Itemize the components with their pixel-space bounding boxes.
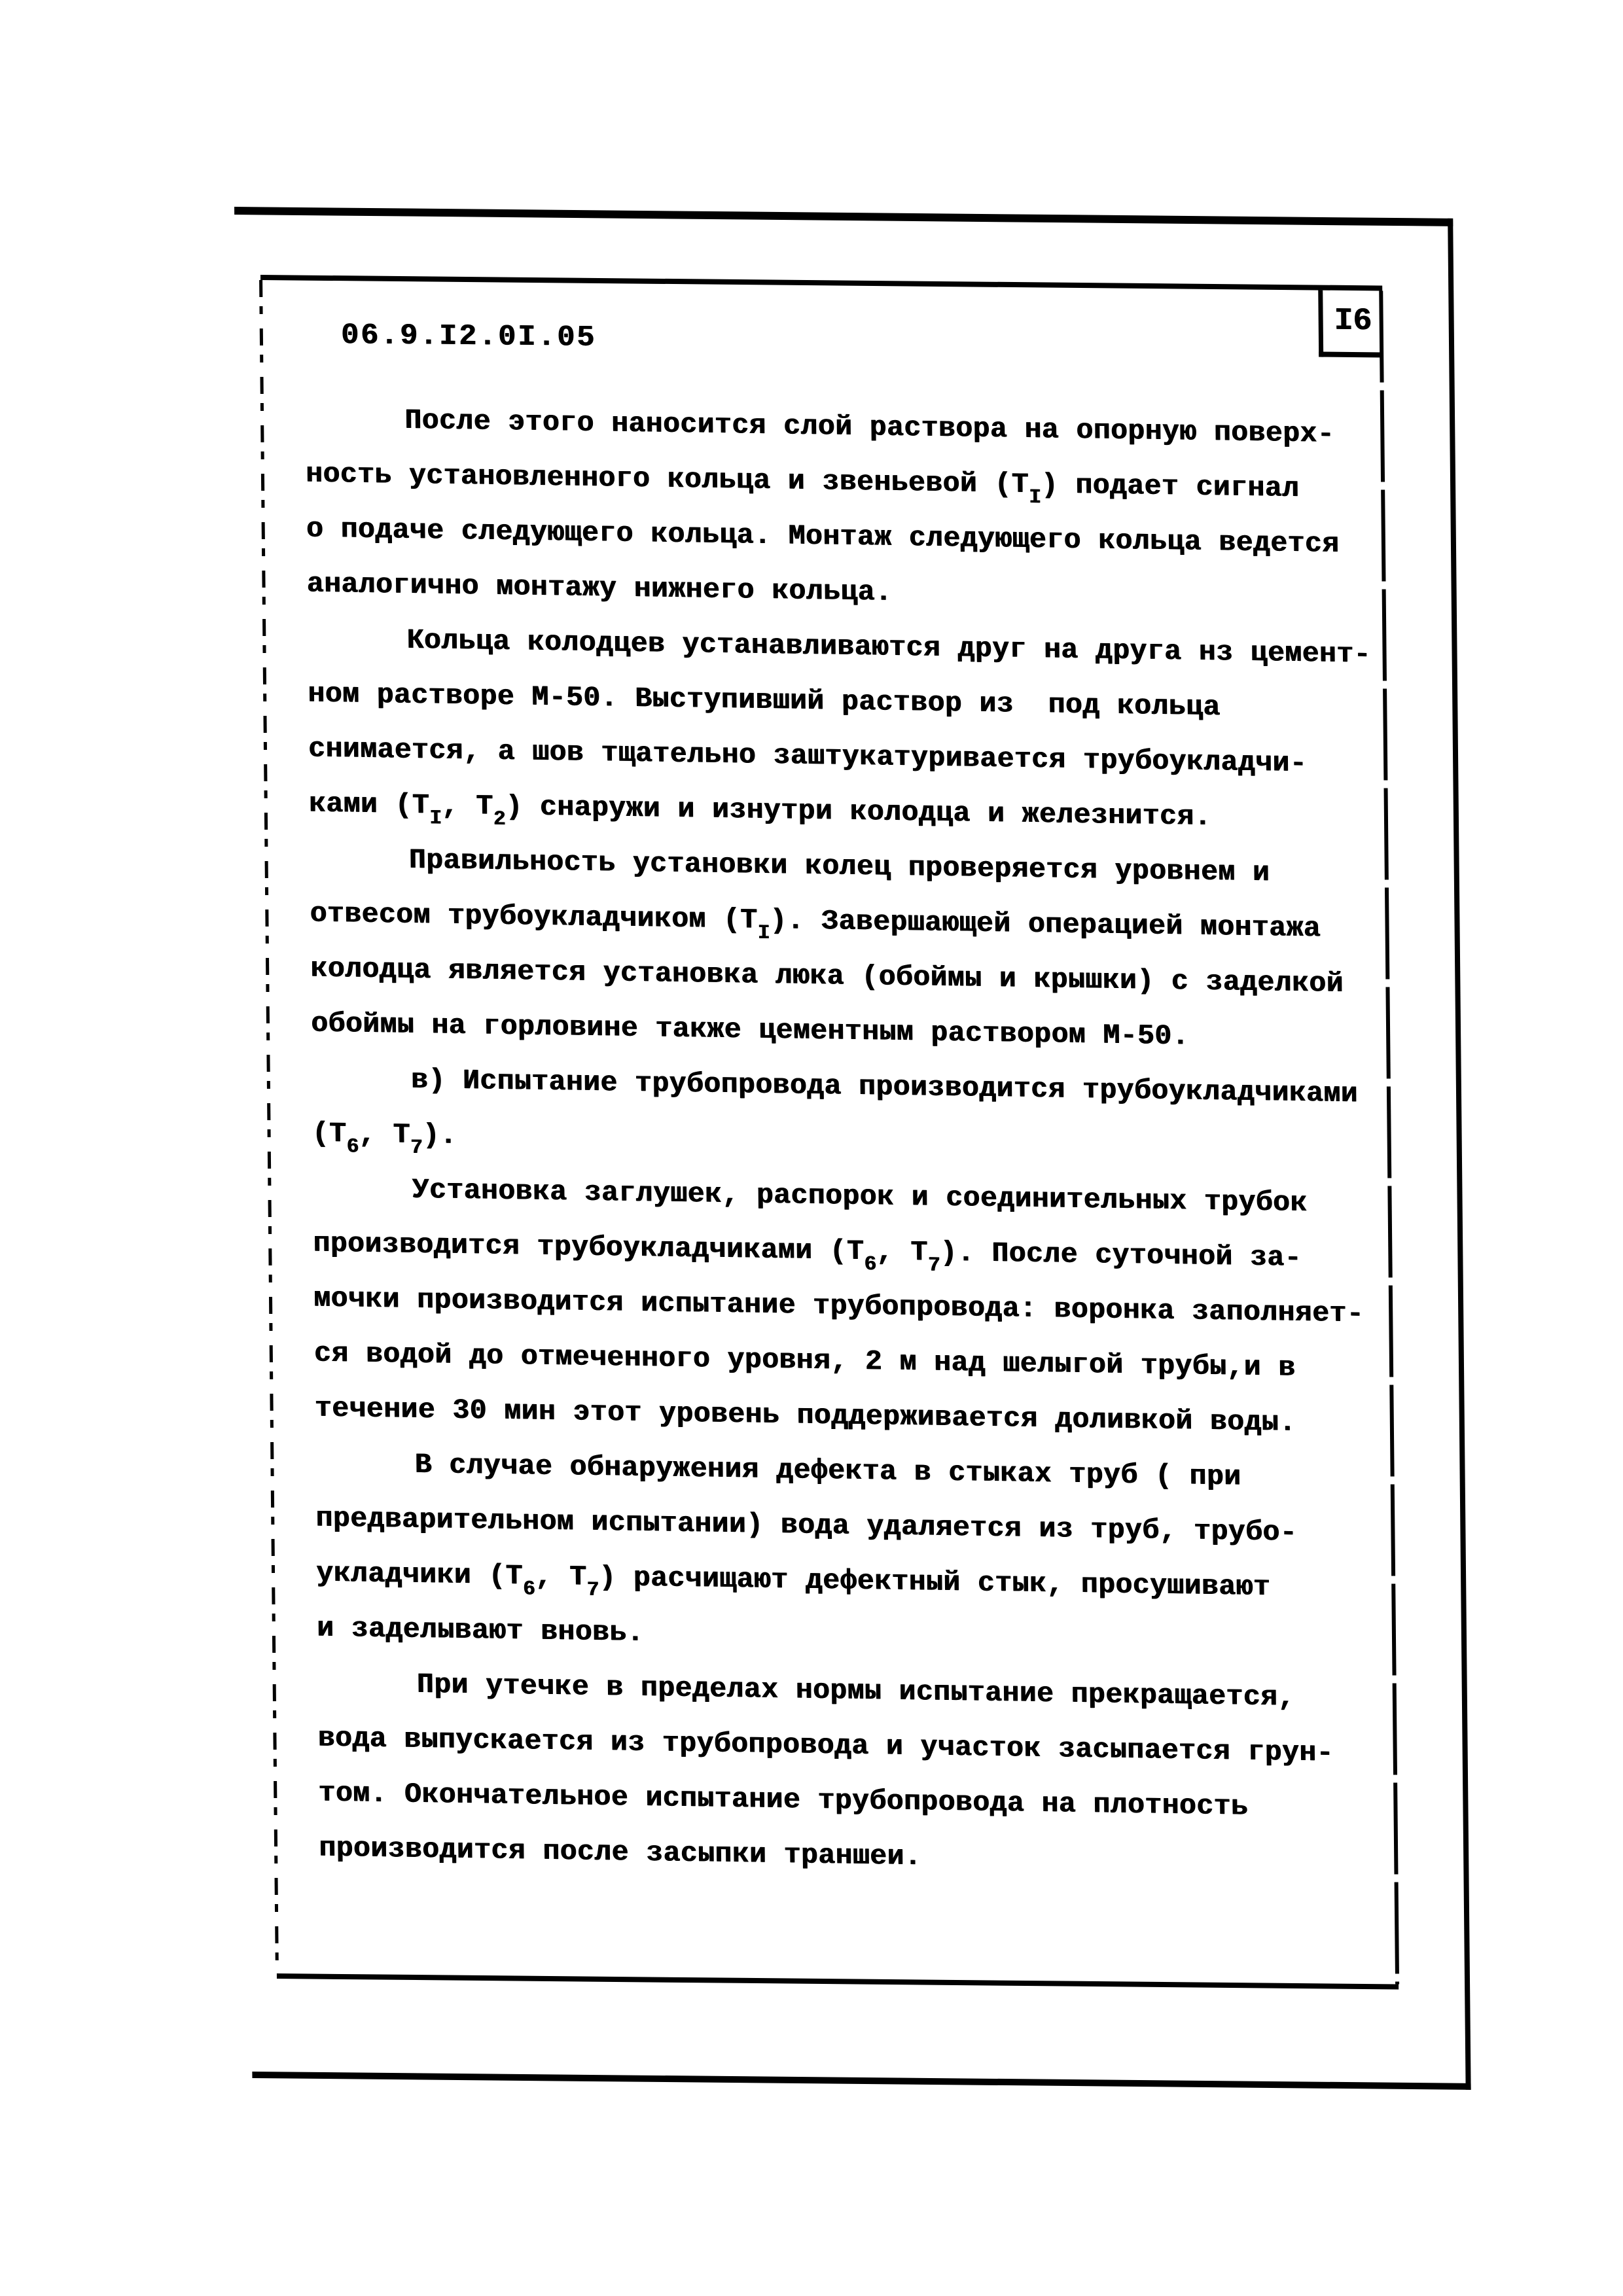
page-number: I6 — [1334, 304, 1372, 340]
paragraph: в) Испытание трубопровода производится т… — [311, 1051, 1385, 1177]
paragraph: Правильность установки колец проверяется… — [309, 832, 1384, 1067]
paragraph: В случае обнаружения дефекта в стыках тр… — [315, 1436, 1390, 1672]
scanned-document-page: 06.9.I2.0I.05 I6 После этого наносится с… — [0, 0, 1623, 2296]
paragraph: При утечке в пределах нормы испытание пр… — [317, 1656, 1392, 1892]
paragraph: После этого наносится слой раствора на о… — [305, 392, 1380, 627]
inner-border-frame: 06.9.I2.0I.05 I6 После этого наносится с… — [260, 275, 1399, 1989]
paragraph: Кольца колодцев устанавливаются друг на … — [307, 612, 1382, 847]
paragraph: Установка заглушек, распорок и соедините… — [312, 1161, 1388, 1452]
page-number-box: I6 — [1318, 291, 1383, 358]
document-code: 06.9.I2.0I.05 — [341, 319, 597, 355]
document-body: После этого наносится слой раствора на о… — [305, 392, 1393, 1892]
